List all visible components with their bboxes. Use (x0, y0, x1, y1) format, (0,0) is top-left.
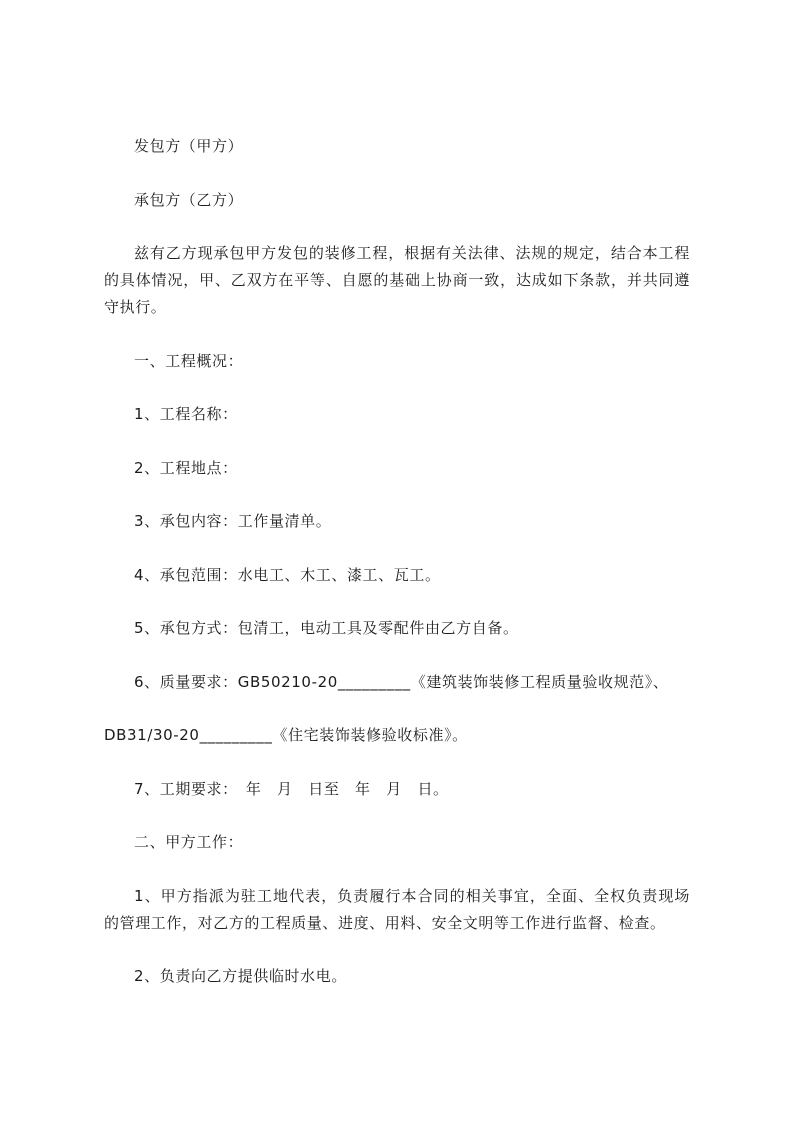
contract-document-page: 发包方（甲方） 承包方（乙方） 兹有乙方现承包甲方发包的装修工程，根据有关法律、… (0, 0, 793, 1122)
item-contract-method: 5、承包方式：包清工，电动工具及零配件由乙方自备。 (104, 615, 690, 642)
heading-section-1-project-overview: 一、工程概况： (104, 348, 690, 375)
item-party-a-duty-2: 2、负责向乙方提供临时水电。 (104, 963, 690, 990)
item-project-name: 1、工程名称： (104, 401, 690, 428)
heading-section-2-party-a-work: 二、甲方工作： (104, 829, 690, 856)
item-quality-requirement: 6、质量要求：GB50210-20_________《建筑装饰装修工程质量验收规… (104, 669, 690, 696)
item-contract-content: 3、承包内容：工作量清单。 (104, 508, 690, 535)
line-party-a: 发包方（甲方） (104, 133, 690, 160)
line-party-b: 承包方（乙方） (104, 187, 690, 214)
item-quality-requirement-continued: DB31/30-20_________《住宅装饰装修验收标准》。 (104, 722, 690, 749)
para-preamble: 兹有乙方现承包甲方发包的装修工程，根据有关法律、法规的规定，结合本工程的具体情况… (104, 240, 690, 321)
item-party-a-duty-1: 1、甲方指派为驻工地代表，负责履行本合同的相关事宜，全面、全权负责现场的管理工作… (104, 883, 690, 937)
item-schedule-requirement: 7、工期要求： 年 月 日至 年 月 日。 (104, 776, 690, 803)
item-contract-scope: 4、承包范围：水电工、木工、漆工、瓦工。 (104, 562, 690, 589)
item-project-location: 2、工程地点： (104, 455, 690, 482)
